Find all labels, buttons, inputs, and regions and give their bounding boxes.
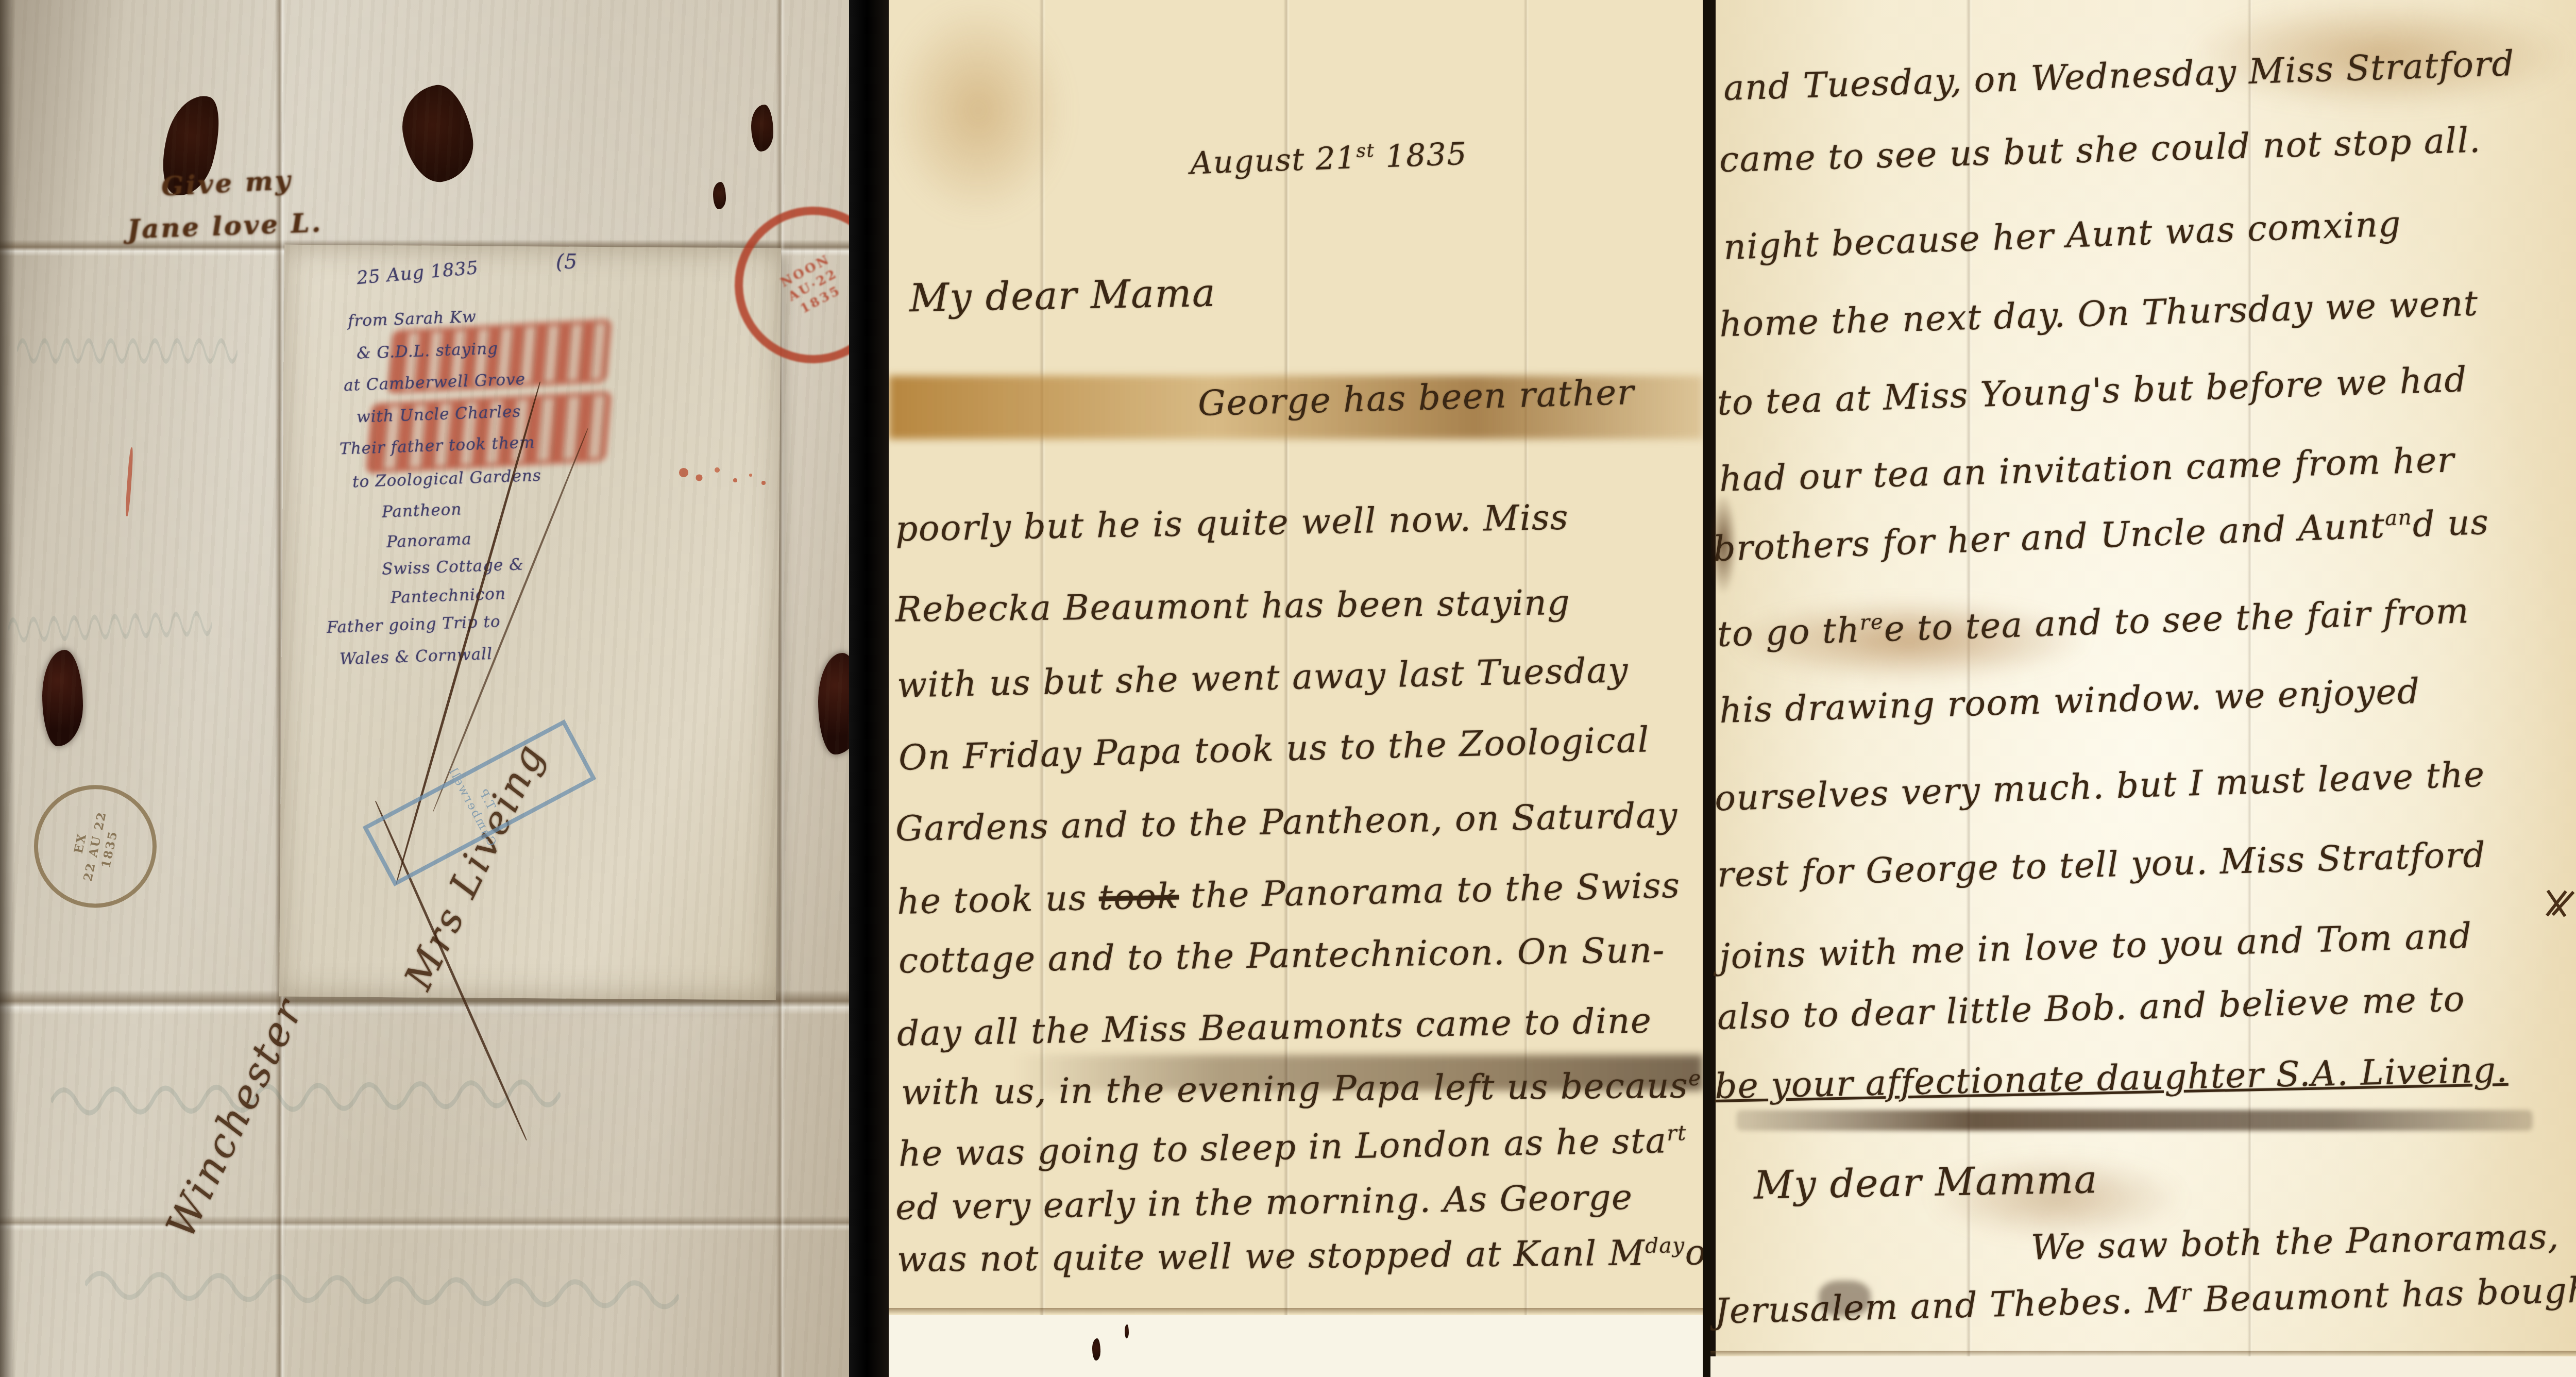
inserted-text: re [1860, 609, 1885, 634]
line-text: he took us [896, 877, 1099, 922]
pen-flourish [375, 800, 528, 1141]
stamp-text: Camberwell [444, 764, 500, 849]
docket-note-line1: Give my [161, 164, 293, 202]
line-text: home the next day. On Thursday we went [1719, 283, 2479, 345]
date-superscript: st [1355, 140, 1375, 161]
letter-line: he took us took the Panorama to the Swis… [896, 865, 1681, 922]
letter-page-1: August 21st 1835 My dear Mama George has… [889, 0, 1703, 1377]
line-text: Rebecka Beaumont has been staying [895, 582, 1570, 630]
line-text: e to tea and to see the fair from [1884, 590, 2470, 649]
exeter-circular-datestamp: EX 22 AU 22 1835 [23, 774, 168, 919]
signature-line: be your affectionate daughter S.A. Livei… [1715, 1049, 2509, 1106]
line-text: be your affectionate daughter S.A. Livei… [1715, 1049, 2509, 1106]
line-text: Gardens and to the Pantheon, on Saturday [895, 795, 1678, 849]
letter-scan-photo: Give my Jane love L. 25 Aug 1835 (5 from… [0, 0, 2576, 1377]
letter-line: On Friday Papa took us to the Zoological [898, 719, 1650, 779]
scan-edge [1710, 0, 1716, 1377]
red-ink-specks [679, 468, 688, 477]
docket-note-line2: Jane love L. [127, 207, 323, 245]
letter-line: to tea at Miss Young's but before we had [1717, 359, 2468, 423]
stamp-text: T.P [474, 785, 499, 813]
wax-stain [153, 89, 229, 201]
pen-flourish [395, 381, 541, 885]
stamp-text: NOON [777, 251, 833, 291]
ink-blot [1125, 1324, 1129, 1338]
letter-line: poorly but he is quite well now. Miss [895, 497, 1569, 549]
note-line: Pantheon [382, 500, 462, 521]
postal-rate-mark: (5 [556, 250, 578, 274]
letter-line: Rebecka Beaumont has been staying [895, 582, 1570, 630]
letter-line: ourselves very much. but I must leave th… [1715, 753, 2486, 818]
paper-edge-shadow [0, 0, 15, 1377]
line-text: and Tuesday, on Wednesday Miss Stratford [1723, 43, 2515, 108]
letter-line: with us, in the evening Papa left us bec… [901, 1065, 1701, 1113]
letter-line: Gardens and to the Pantheon, on Saturday [895, 795, 1678, 849]
line-text: ed very early in the morning. As George [895, 1177, 1633, 1228]
margin-cross-mark [2544, 888, 2569, 919]
note-line: from Sarah Kw [348, 308, 477, 331]
red-ink-streak [125, 447, 134, 516]
address-script-line1: Mrs Liveing [396, 735, 554, 997]
address-leaf-panel: Give my Jane love L. 25 Aug 1835 (5 from… [0, 0, 849, 1377]
letter-line: came to see us but she could not stop al… [1719, 120, 2481, 180]
bleedthrough-writing [8, 602, 213, 651]
note-line: with Uncle Charles [356, 402, 521, 426]
line-text: to tea at Miss Young's but before we had [1717, 359, 2468, 423]
line-text: cottage and to the Pantechnicon. On Sun- [898, 930, 1665, 981]
fold-crease [776, 0, 785, 1377]
line-text: We saw both the Panoramas, [2030, 1216, 2560, 1267]
stamp-text: AU·22 [785, 265, 840, 305]
note-line: Panorama [386, 530, 472, 552]
note-line: & G.D.L. staying [356, 339, 498, 363]
letter-line: ed very early in the morning. As George [895, 1177, 1633, 1228]
line-text: ourselves very much. but I must leave th… [1715, 753, 2486, 818]
ink-blot [1092, 1338, 1100, 1361]
line-text: joins with me in love to you and Tom and [1719, 915, 2473, 977]
line-text: George has been rather [1198, 372, 1635, 424]
letter-line: brothers for her and Uncle and Auntand u… [1713, 501, 2490, 569]
letter-line: was not quite well we stopped at Kanl Md… [896, 1232, 1703, 1280]
letter-date: August 21st 1835 [1190, 136, 1468, 181]
letter-line: cottage and to the Pantechnicon. On Sun- [898, 930, 1665, 981]
line-text: on [1685, 1232, 1703, 1273]
stamp-text: 1835 [797, 281, 843, 316]
note-line: Pantechnicon [390, 584, 506, 607]
line-text: day all the Miss Beaumonts came to dine [896, 1000, 1652, 1054]
pen-flourish [432, 428, 589, 812]
note-line: Swiss Cottage & [382, 555, 524, 579]
struck-word: took [1098, 876, 1179, 918]
smear-under-signature [1736, 1110, 2533, 1131]
line-text: d us [2412, 501, 2489, 545]
date-text: 1835 [1374, 136, 1468, 175]
letter-line: he was going to sleep in London as he st… [898, 1119, 1687, 1174]
line-text: Jerusalem and Thebes. M [1715, 1280, 2182, 1332]
line-text: with us, in the evening Papa left us bec… [901, 1065, 1688, 1113]
inserted-text: an [2384, 505, 2413, 531]
letter-line: to go three to tea and to see the fair f… [1717, 590, 2470, 654]
letter-line: We saw both the Panoramas, [2030, 1216, 2560, 1267]
letter-line: George has been rather [1198, 372, 1635, 424]
line-text: the Panorama to the Swiss [1178, 865, 1681, 916]
fold-crease [0, 990, 849, 1015]
scanner-background [1710, 1356, 2576, 1377]
fold-crease [0, 240, 849, 256]
red-smudged-stamp [369, 311, 633, 477]
note-line: at Camberwell Grove [344, 370, 526, 395]
note-line: Their father took them [339, 433, 535, 458]
line-text: brothers for her and Uncle and Aunt [1713, 505, 2386, 569]
inserted-text: day [1645, 1233, 1685, 1258]
letter-line: with us but she went away last Tuesday [896, 649, 1629, 706]
letter-line: joins with me in love to you and Tom and [1719, 915, 2473, 977]
line-text: his drawing room window. we enjoyed [1719, 670, 2420, 731]
archivist-date-note: 25 Aug 1835 [356, 258, 480, 289]
inserted-text: e [1688, 1066, 1702, 1090]
line-text: with us but she went away last Tuesday [896, 649, 1629, 706]
letter-line: day all the Miss Beaumonts came to dine [896, 1000, 1652, 1054]
ink-blot [713, 182, 726, 209]
stamp-text: 1835 [98, 829, 121, 869]
line-text: On Friday Papa took us to the Zoological [898, 719, 1650, 779]
letter-line: home the next day. On Thursday we went [1719, 283, 2479, 345]
stamp-text: EX [72, 832, 91, 855]
stain [889, 0, 1068, 221]
scanner-background [889, 1315, 1703, 1377]
red-circular-datestamp: NOON AU·22 1835 [707, 179, 849, 391]
ink-blot [751, 105, 773, 152]
letter-line: had our tea an invitation came from her [1719, 439, 2455, 499]
scan-divider [1703, 0, 1710, 1377]
letter-line: also to dear little Bob. and believe me … [1717, 978, 2466, 1037]
note-line: Wales & Cornwall [339, 645, 493, 668]
letter-line: rest for George to tell you. Miss Stratf… [1717, 834, 2487, 895]
line-text: Beaumont has bought me [2192, 1268, 2576, 1320]
line-text: had our tea an invitation came from her [1719, 439, 2455, 499]
letter-line: Jerusalem and Thebes. Mr Beaumont has bo… [1715, 1268, 2576, 1332]
letter-line: his drawing room window. we enjoyed [1719, 670, 2420, 731]
line-text: also to dear little Bob. and believe me … [1717, 978, 2466, 1037]
letter-line: night because her Aunt was comxing [1723, 203, 2402, 267]
folded-letter-face [279, 245, 781, 1000]
line-text: to go th [1717, 609, 1861, 654]
wax-seal [42, 650, 83, 746]
bleedthrough-writing [17, 330, 238, 372]
inserted-text: r [2181, 1280, 2192, 1305]
line-text: was not quite well we stopped at Kanl M [896, 1232, 1645, 1280]
letter-page-2: and Tuesday, on Wednesday Miss Stratford… [1710, 0, 2576, 1377]
stamp-text: 22 AU 22 [81, 810, 110, 883]
wax-stain [395, 80, 479, 187]
line-text: came to see us but she could not stop al… [1719, 120, 2481, 180]
salutation: My dear Mama [909, 270, 1216, 321]
note-line: Father going Trip to [327, 612, 501, 637]
inserted-text: rt [1667, 1120, 1687, 1146]
fold-crease [0, 1216, 849, 1231]
date-text: August 21 [1190, 140, 1357, 181]
bleedthrough-writing [50, 1070, 561, 1126]
salutation-postscript: My dear Mamma [1753, 1156, 2098, 1208]
fold-crease [275, 0, 285, 1377]
letter-line: and Tuesday, on Wednesday Miss Stratford [1723, 43, 2515, 108]
scan-divider [849, 0, 889, 1377]
line-text: rest for George to tell you. Miss Stratf… [1717, 834, 2487, 895]
line-text: night because her Aunt was comxing [1723, 203, 2402, 267]
wax-seal [818, 653, 849, 755]
line-text: poorly but he is quite well now. Miss [895, 497, 1569, 549]
blue-boxed-stamp: T.P Camberwell [363, 719, 596, 886]
note-line: to Zoological Gardens [352, 466, 541, 492]
bleedthrough-writing [84, 1262, 680, 1319]
line-text: he was going to sleep in London as he st… [898, 1120, 1667, 1174]
address-script-line2: Winchester [158, 990, 314, 1245]
